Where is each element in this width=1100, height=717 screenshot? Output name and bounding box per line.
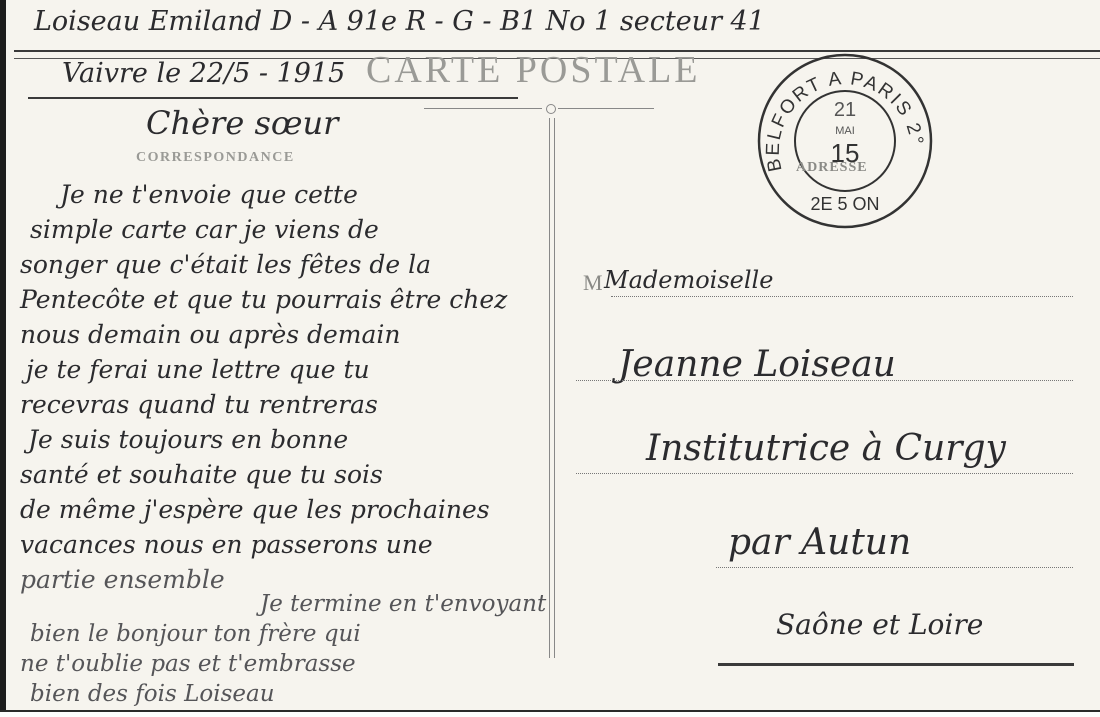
- carte-postale-title: CARTE POSTALE: [366, 48, 701, 92]
- salutation-prefix: M: [583, 270, 604, 296]
- address-line-3: [576, 473, 1073, 474]
- correspondance-label: CORRESPONDANCE: [136, 150, 295, 166]
- letter-line: de même j'espère que les prochaines: [20, 491, 490, 528]
- address-underline: [718, 663, 1074, 666]
- letter-line: Je ne t'envoie que cette: [60, 176, 358, 213]
- letter-line: Je suis toujours en bonne: [28, 421, 348, 458]
- address-line4: Saône et Loire: [776, 608, 983, 641]
- letter-line: vacances nous en passerons une: [20, 526, 433, 563]
- svg-text:MAI: MAI: [835, 125, 855, 137]
- letter-line: nous demain ou après demain: [20, 316, 401, 353]
- top-right-dash: [558, 108, 654, 109]
- svg-text:21: 21: [834, 99, 856, 121]
- postcard: Loiseau Emiland D - A 91e R - G - B1 No …: [0, 0, 1100, 710]
- address-line2: Institutrice à Curgy: [646, 428, 1006, 469]
- adresse-label: ADRESSE: [796, 160, 868, 176]
- address-line-4: [716, 567, 1073, 568]
- address-name: Jeanne Loiseau: [618, 344, 896, 385]
- address-line-1: [611, 296, 1073, 297]
- letter-line: partie ensemble: [20, 561, 225, 598]
- card-edge: [0, 710, 1100, 717]
- letter-line: je te ferai une lettre que tu: [26, 351, 370, 388]
- address-salutation: Mademoiselle: [604, 266, 773, 294]
- center-divider: [549, 118, 555, 658]
- divider-knob: [546, 104, 556, 114]
- letter-line: bien des fois Loiseau: [30, 676, 275, 713]
- sender-line: Loiseau Emiland D - A 91e R - G - B1 No …: [34, 6, 765, 37]
- letter-line: simple carte car je viens de: [30, 211, 379, 248]
- address-line-2: [576, 380, 1073, 381]
- place-date: Vaivre le 22/5 - 1915: [62, 58, 345, 89]
- address-line3: par Autun: [728, 522, 911, 563]
- place-date-underline: [28, 97, 518, 99]
- greeting: Chère sœur: [146, 104, 338, 142]
- svg-text:2E 5 ON: 2E 5 ON: [810, 194, 879, 214]
- letter-line: songer que c'était les fêtes de la: [20, 246, 431, 283]
- letter-line: recevras quand tu rentreras: [20, 386, 378, 423]
- postmark-stamp-icon: BELFORT A PARIS 2° 21 MAI 15 2E 5 ON: [754, 50, 936, 232]
- top-left-dash: [424, 108, 542, 109]
- letter-line: santé et souhaite que tu sois: [20, 456, 383, 493]
- letter-line: Pentecôte et que tu pourrais être chez: [20, 281, 507, 318]
